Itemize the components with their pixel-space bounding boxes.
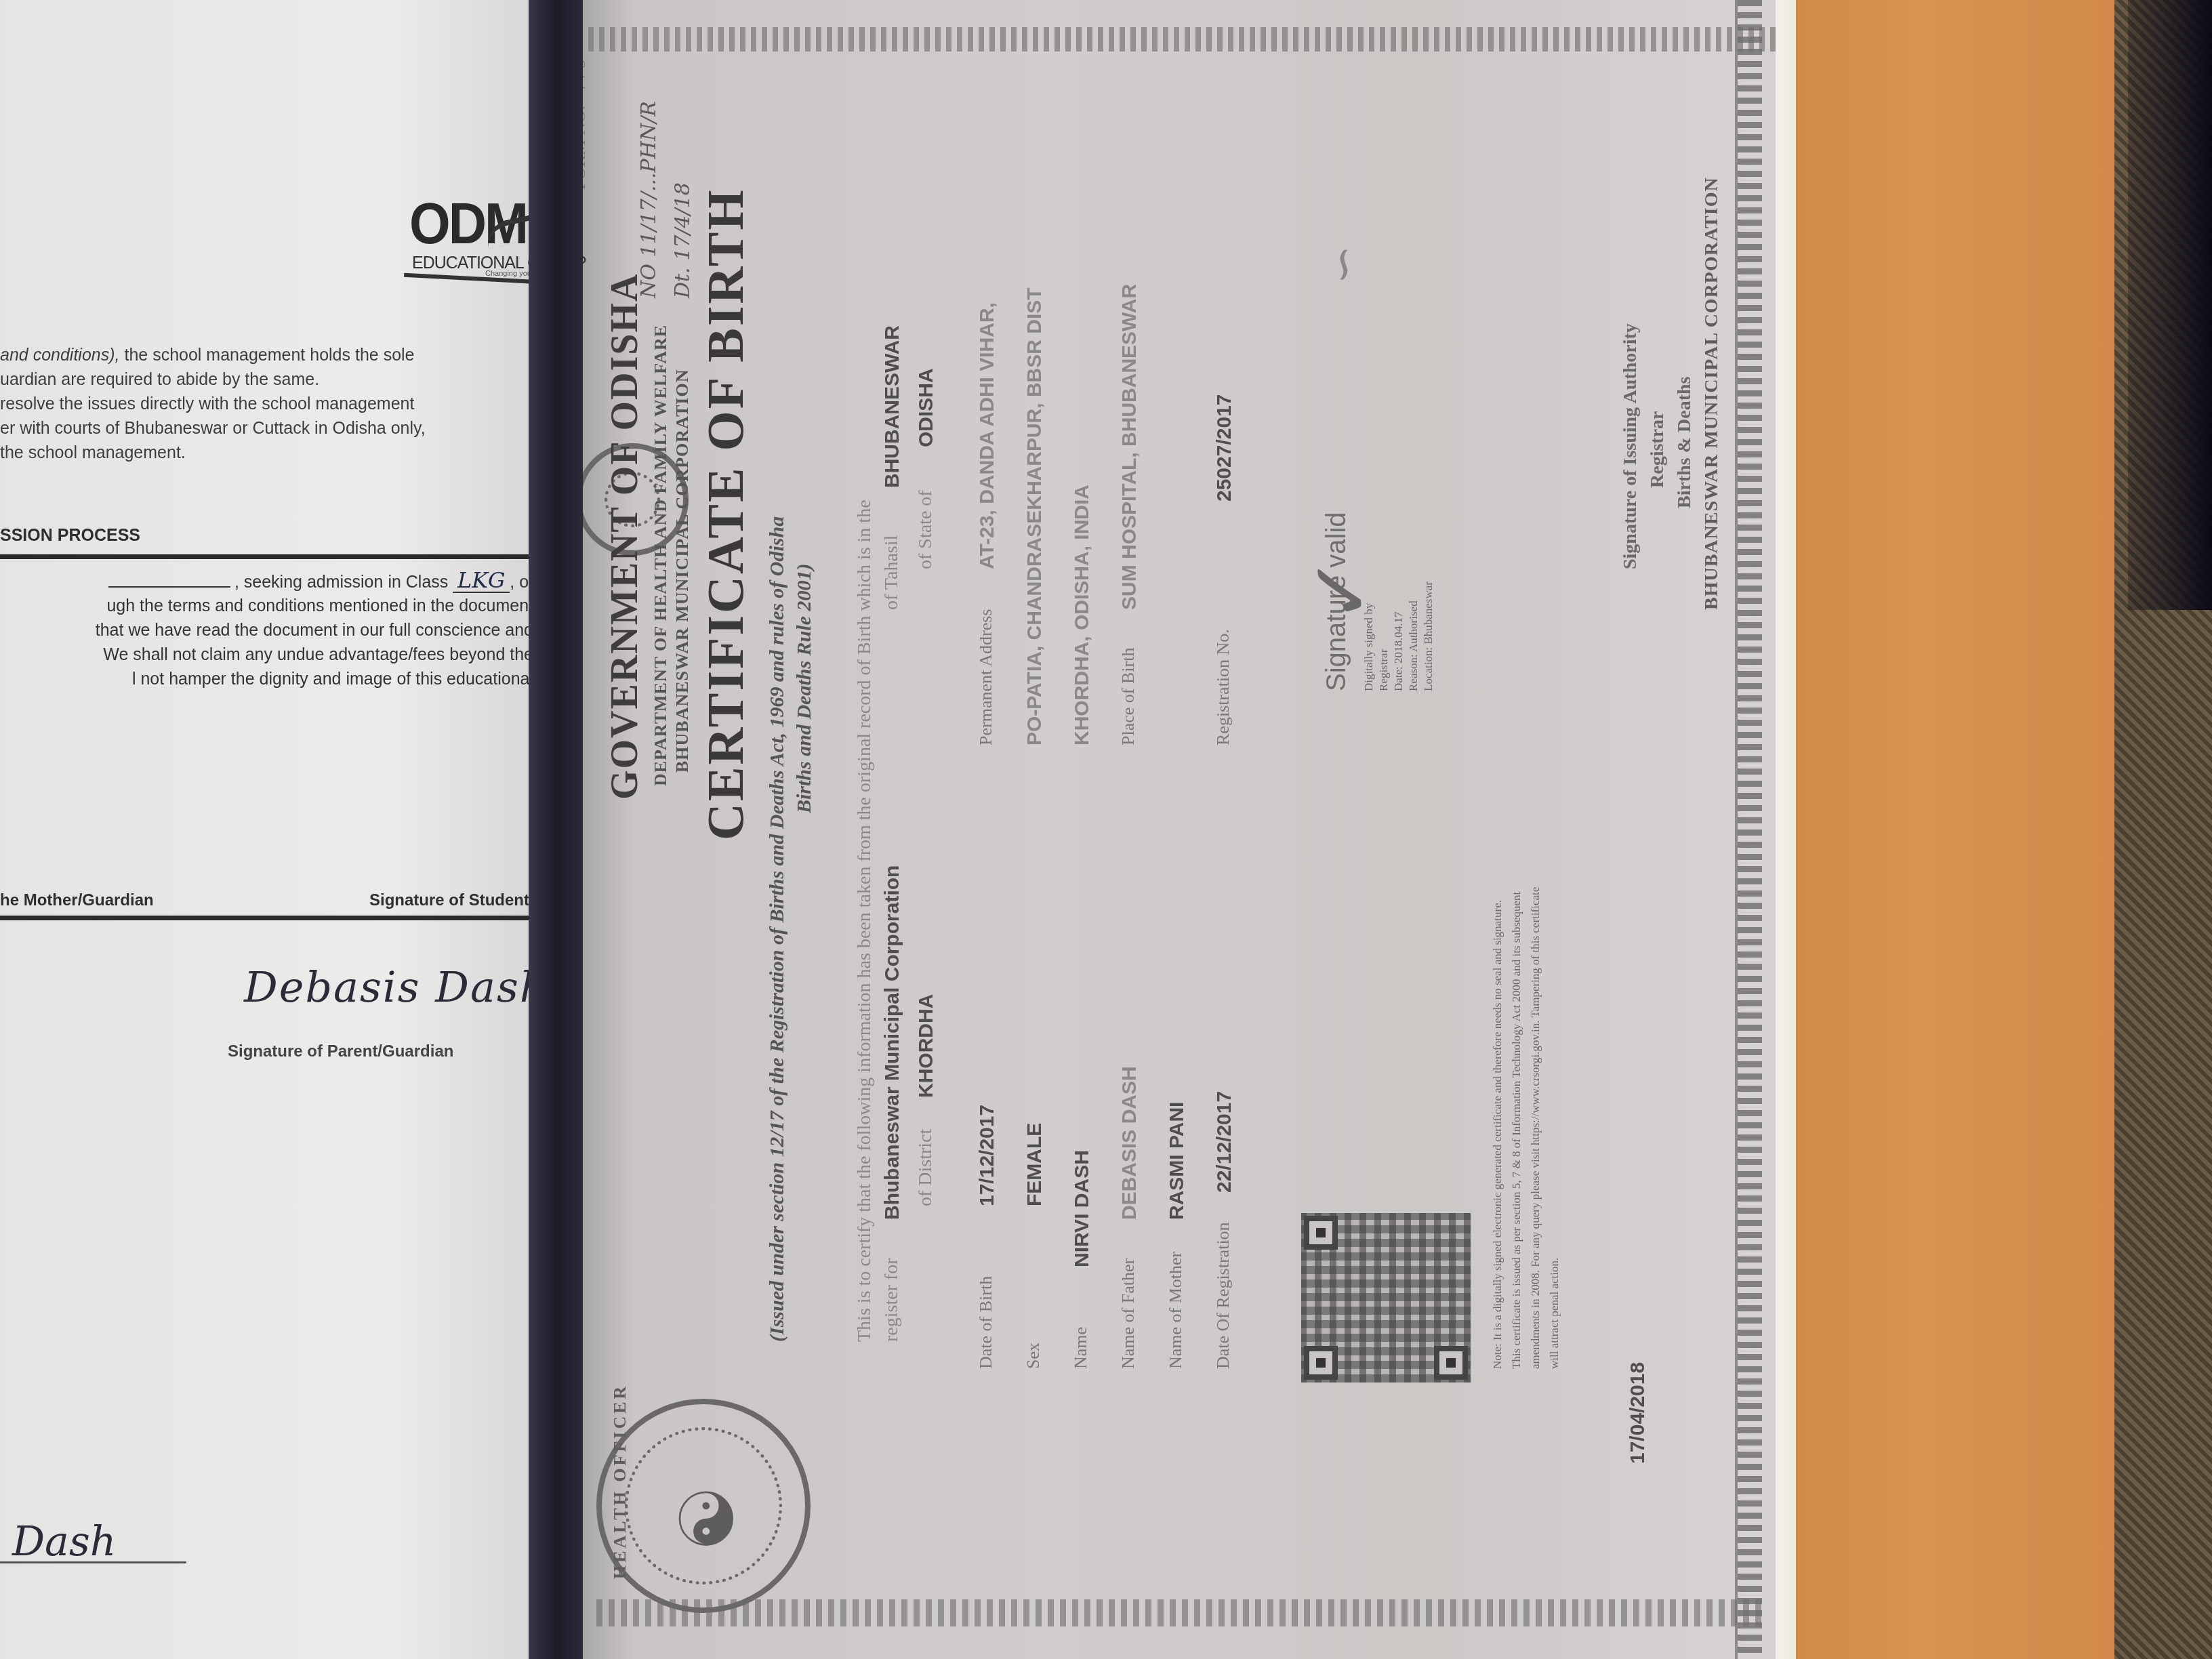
footnote-line-4: will attract penal action.	[1548, 1258, 1561, 1369]
orange-folder	[1789, 0, 2114, 1659]
student-name-field[interactable]	[108, 586, 230, 588]
certificate-content: FORM NO. - 7 / 5 GOVERNMENT OF ODISHA DE…	[583, 14, 1748, 1626]
name-value: NIRVI DASH	[1071, 1150, 1094, 1267]
declaration-line-1: , seeking admission in Class LKG, of	[0, 569, 533, 594]
terms-line: uardian are required to abide by the sam…	[0, 367, 522, 392]
student-signature-label: Signature of Student	[369, 891, 529, 910]
qr-code	[1301, 1213, 1471, 1382]
issued-under-text: (Issued under section 12/17 of the Regis…	[766, 516, 789, 1342]
mother-label: Name of Mother	[1166, 1252, 1186, 1369]
tahasil-label: of Tahasil	[881, 535, 903, 610]
register-for-label: register for	[881, 1258, 903, 1342]
digital-sig-line-1: Digitally signed by	[1362, 603, 1376, 691]
bottom-signature: Dash	[12, 1518, 116, 1565]
admission-booklet-page: ODM EDUCATIONAL GROUP Changing your Tomo…	[0, 0, 556, 1659]
terms-line: and conditions), the school management h…	[0, 343, 522, 367]
authority-line-3: Births & Deaths	[1674, 377, 1696, 508]
address-line-2: PO-PATIA, CHANDRASEKHARPUR, BBSR DIST	[1023, 287, 1046, 745]
digital-sig-line-2: Registrar	[1377, 649, 1391, 691]
terms-text: and conditions), the school management h…	[0, 343, 522, 465]
district-value: KHORDHA	[915, 994, 938, 1098]
authority-line-4: BHUBANESWAR MUNICIPAL CORPORATION	[1701, 177, 1723, 610]
digital-sig-line-3: Date: 2018.04.17	[1392, 611, 1406, 691]
corporation-header: BHUBANESWAR MUNICIPAL CORPORATION	[672, 369, 693, 773]
digital-sig-line-5: Location: Bhubaneswar	[1422, 581, 1435, 691]
name-label: Name	[1071, 1327, 1091, 1369]
footnote-line-3: amendments in 2008. For any query please…	[1529, 887, 1542, 1369]
stamp-text: HEALTH OFFICER	[610, 1384, 630, 1579]
tahasil-value: BHUBANESWAR	[881, 325, 904, 488]
registration-no-value: 25027/2017	[1213, 394, 1236, 502]
section-title: SSION PROCESS	[0, 526, 140, 546]
place-of-birth-value: SUM HOSPITAL, BHUBANESWAR	[1118, 284, 1141, 610]
digital-sig-line-4: Reason: Authorised	[1407, 600, 1420, 691]
terms-line: er with courts of Bhubaneswar or Cuttack…	[0, 416, 522, 441]
dob-label: Date of Birth	[976, 1276, 996, 1369]
admission-declaration-box: , seeking admission in Class LKG, of ugh…	[0, 554, 548, 920]
sex-label: Sex	[1023, 1343, 1044, 1369]
issued-under-text-2: Births and Deaths Rule 2001)	[793, 564, 816, 813]
footnote-line-1: Note: It is a digitally signed electroni…	[1491, 900, 1504, 1369]
address-line-1: AT-23, DANDA ADHI VIHAR,	[976, 302, 999, 569]
address-label: Permanent Address	[976, 609, 996, 745]
place-of-birth-label: Place of Birth	[1118, 648, 1139, 745]
declaration-line: We shall not claim any undue advantage/f…	[0, 643, 533, 666]
register-value: Bhubaneswar Municipal Corporation	[881, 865, 904, 1220]
district-label: of District	[915, 1129, 937, 1206]
state-label: of State of	[915, 490, 937, 569]
certify-text: This is to certify that the following in…	[854, 499, 876, 1342]
parent-signature: Debasis Dash	[244, 962, 548, 1012]
state-value: ODISHA	[915, 368, 938, 447]
father-value: DEBASIS DASH	[1118, 1066, 1141, 1220]
department-name: DEPARTMENT OF HEALTH AND FAMILY WELFARE	[651, 325, 671, 786]
footnote-line-2: This certificate is issued as per sectio…	[1510, 892, 1523, 1369]
issue-date: 17/04/2018	[1626, 1362, 1650, 1464]
registration-date-value: 22/12/2017	[1213, 1091, 1236, 1193]
state-emblem-icon: ☯	[664, 1485, 752, 1552]
dob-value: 17/12/2017	[976, 1105, 999, 1206]
father-label: Name of Father	[1118, 1258, 1139, 1369]
certificate-title: CERTIFICATE OF BIRTH	[697, 188, 756, 840]
government-title: GOVERNMENT OF ODISHA	[603, 273, 647, 800]
declaration-line: ugh the terms and conditions mentioned i…	[0, 594, 533, 617]
sex-value: FEMALE	[1023, 1123, 1046, 1206]
signature-line	[0, 1561, 186, 1563]
parent-signature-label: Signature of Parent/Guardian	[228, 1042, 453, 1061]
booklet-spine	[529, 0, 583, 1659]
class-field[interactable]: LKG	[453, 569, 510, 593]
terms-line: resolve the issues directly with the sch…	[0, 392, 522, 416]
mother-value: RASMI PANI	[1166, 1102, 1189, 1220]
authority-line-1: Signature of Issuing Authority	[1620, 323, 1641, 569]
ref-no: NO 11/17/...PHN/R	[637, 101, 661, 298]
declaration-line: l not hamper the dignity and image of th…	[0, 668, 533, 691]
officer-signature: ∽	[1315, 245, 1370, 285]
mother-signature-label: he Mother/Guardian	[0, 891, 154, 910]
dark-background-edge	[2128, 0, 2212, 610]
ref-date: Dt. 17/4/18	[671, 182, 695, 298]
address-line-3: KHORDHA, ODISHA, INDIA	[1071, 485, 1094, 745]
terms-line: the school management.	[0, 441, 522, 465]
registration-date-label: Date Of Registration	[1213, 1222, 1233, 1369]
declaration-line: that we have read the document in our fu…	[0, 619, 533, 642]
registration-no-label: Registration No.	[1213, 629, 1233, 745]
authority-line-2: Registrar	[1647, 411, 1668, 488]
